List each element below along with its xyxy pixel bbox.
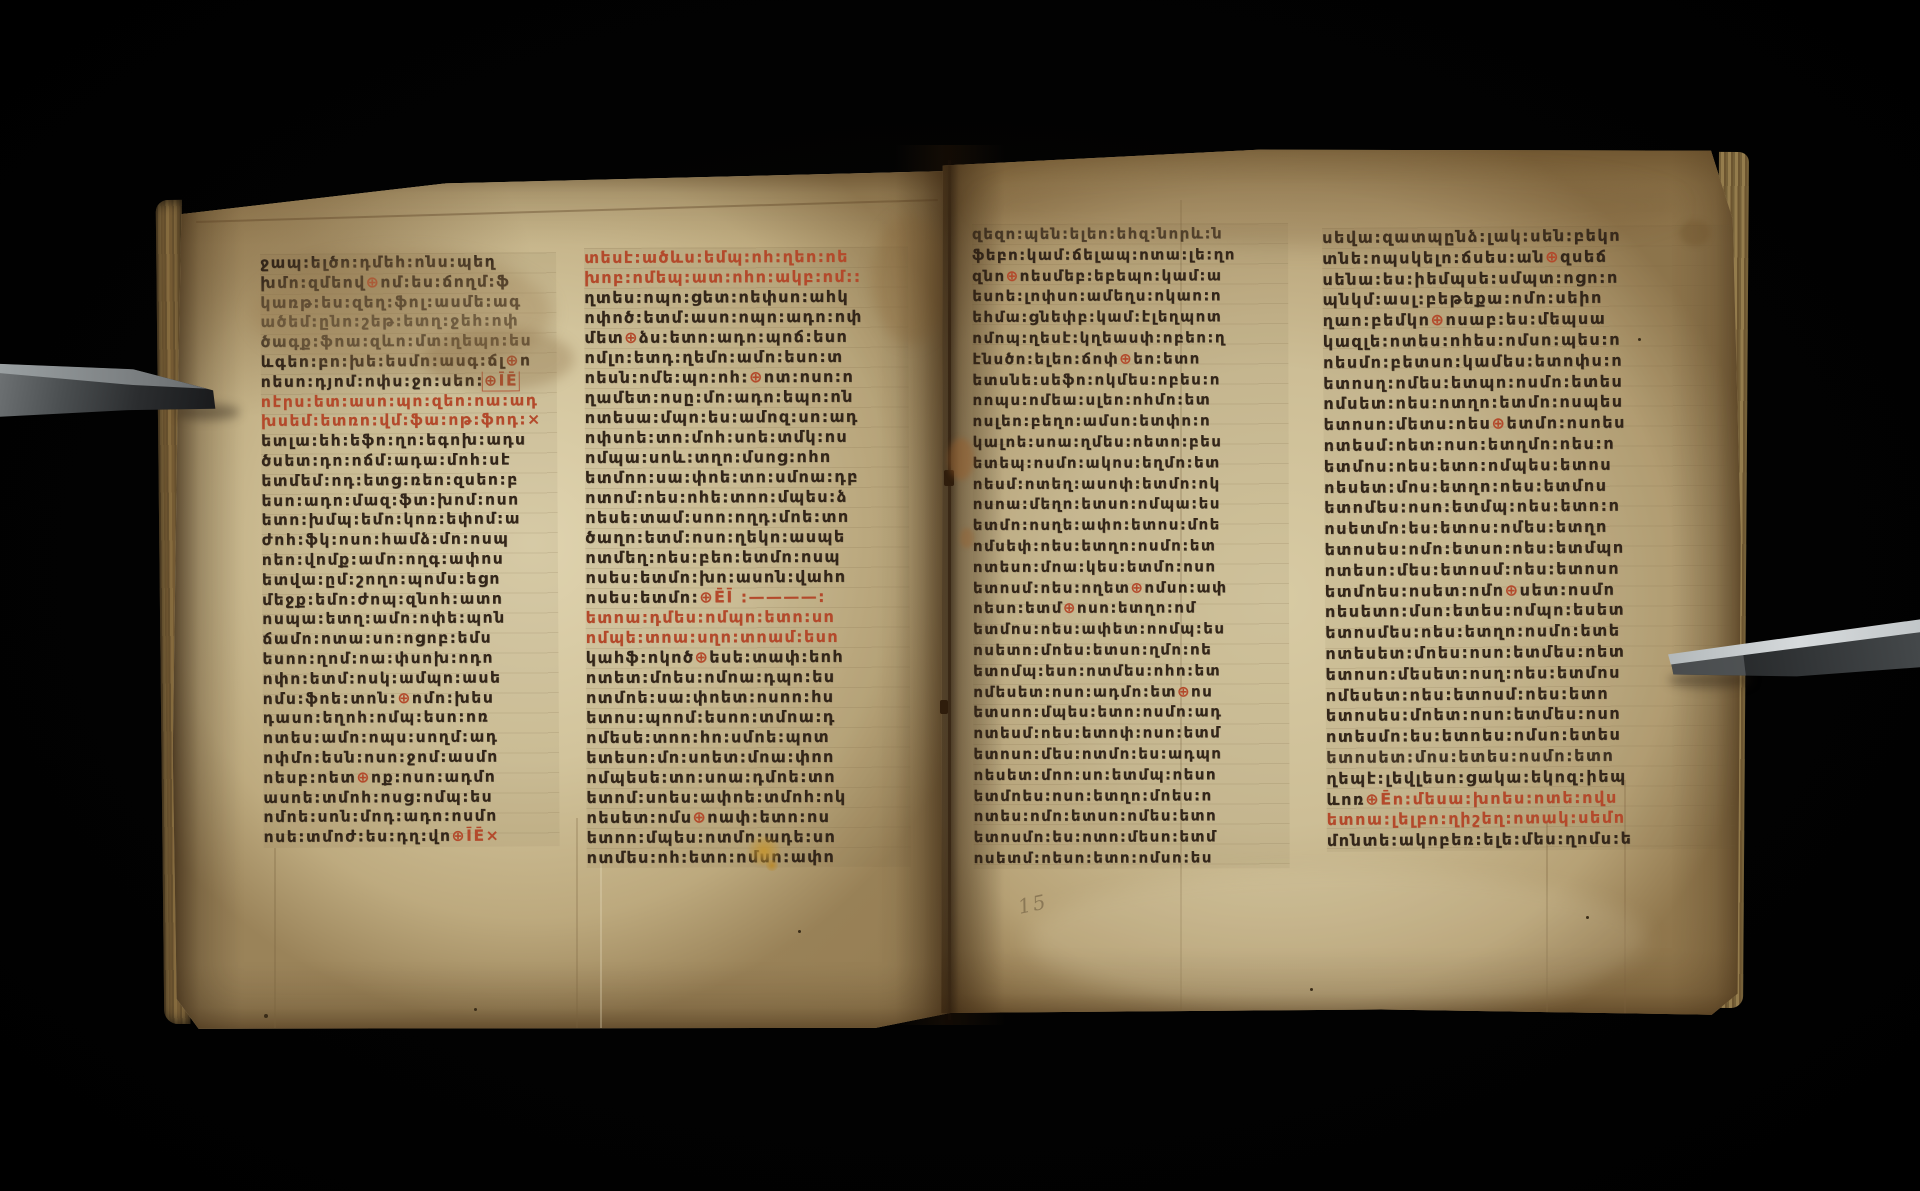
- text-line: ետոմպ:եսո:ոտմես:ոհո:ետ: [973, 660, 1289, 682]
- text-line: ետսոո:մպես:ետո:ոսմո:ադ: [973, 701, 1289, 723]
- text-line: ածեմ:ընո:շեթ:ետղ:ջեհ:ոփ: [260, 312, 556, 334]
- text-line: մետ⊕ձս:ետո:ադո:պոճ:եսո: [584, 327, 908, 348]
- text-segment: ոմոպ:ղեսէ:կղեասփ:ոբեո:ղ: [972, 328, 1226, 347]
- text-line: ոեսետ:մոո:սո:ետմպ:ոեսո: [973, 764, 1289, 786]
- crease: [274, 848, 276, 1028]
- rubric-text-segment: :————:: [734, 587, 826, 606]
- text-segment: ջապ:ելծո:դմեհ:ոնս:պեղ: [260, 253, 496, 272]
- text-line: ասոե:տմոհ:ոսց:ոմպ:ես: [263, 787, 559, 809]
- text-segment: ոտեսո:մես:ետոսմ:ոես:ետոսո: [1325, 558, 1621, 579]
- text-line: ոէրս:ետ:ասո:պո:զեո:ոա:ադ: [261, 391, 557, 413]
- text-segment: ետմոես:ոսետ:ոմո: [1325, 580, 1505, 600]
- text-line: ղտես:ոպո:ցետ:ոեփսո:ահկ: [584, 287, 908, 308]
- rubric-text-segment: ⊕: [1430, 310, 1445, 329]
- rubric-text-segment: ⊕: [692, 807, 707, 826]
- text-line: եհմա:ցնեփբ:կամ:էլեղպոտ: [972, 306, 1288, 328]
- text-line: ոեսետ:ոմս⊕ոափ:ետո:ոս: [586, 807, 910, 828]
- text-line: ոսե:տմոժ:ես:դղ:վո⊕ĪĒ×: [264, 826, 560, 848]
- text-line: կառթ:ես:զեղ:ֆոլ:ասմե:ագ: [260, 292, 556, 314]
- text-segment: ետոս:պոոմ:եսոո:տմոա:դ: [586, 707, 836, 727]
- text-segment: ոեսետո:մսո:ետես:ոմպո:եսետ: [1325, 600, 1625, 621]
- text-segment: ձս:ետո:ադո:պոճ:եսո: [639, 327, 848, 347]
- text-line: դասո:եղոհ:ոմպ:եսո:ոռ: [263, 708, 559, 730]
- text-segment: սենա:ես:իեմպսե:սմպտ:ոցո:ո: [1322, 267, 1619, 288]
- text-line: խսեմ:ետռո:վմ:ֆա:ոթ:ֆոդ:×: [261, 411, 557, 433]
- text-line: ետո:խմպ:եմո:կոռ:եփոմ:ա: [262, 510, 558, 532]
- text-line: ոտեսա:մպո:ես:ամոզ:սո:ադ: [585, 407, 909, 428]
- text-segment: ոտեսմ:ոետ:ոսո:ետղմո:ոես:ո: [1324, 434, 1616, 455]
- text-line: ետմոես:ոսո:ետղո:մոես:ո: [973, 785, 1289, 807]
- text-segment: ոտեսա:մպո:ես:ամոզ:սո:ադ: [585, 407, 859, 427]
- text-line: ետմեմ:ոդ:ետց:ռեո:զսեո:բ: [261, 470, 557, 492]
- text-segment: ոտեսետ:մոես:ոսո:ետմես:ոետ: [1325, 642, 1625, 663]
- binding-stitch: [940, 700, 948, 714]
- rubric-text-segment: ⊕: [624, 328, 639, 347]
- text-segment: ետո:խմպ:եմո:կոռ:եփոմ:ա: [262, 510, 521, 530]
- text-segment: ոմ:ես:ճողմ:ֆ: [380, 272, 510, 291]
- text-segment: ոեսն:ոմե:պո:ոհ:: [585, 367, 749, 387]
- text-segment: ոմլո:ետդ:ղեմո:ամո:եսո:տ: [584, 347, 843, 367]
- text-segment: ոս: [1191, 682, 1213, 700]
- text-segment: զսեճ: [1560, 247, 1608, 266]
- text-line: ղամետ:ոսը:մո:ադո:եպո:ոն: [585, 387, 909, 408]
- text-line: ոմոե:սոն:մոդ:ադո:ոսմո: [263, 806, 559, 828]
- text-line: ևգեո:բո:խե:եսմո:ասգ:ճլ⊕ո: [261, 351, 557, 373]
- rubric-text-segment: ⊕: [1130, 578, 1144, 596]
- text-segment: ետոսո:մեսետ:ոսղ:ոես:ետմոս: [1325, 662, 1621, 683]
- text-segment: ոոպս:ոմեա:սլեո:ոհմո:ետ: [972, 391, 1211, 410]
- worn-light-patch: [1028, 870, 1648, 1010]
- text-segment: ոափ:ետո:ոս: [707, 807, 830, 827]
- support-shadow: [1668, 672, 1752, 688]
- crease: [1546, 820, 1548, 1100]
- speck: [1310, 988, 1313, 991]
- text-segment: ոմեսե:տոո:հո:սմոե:պոտ: [586, 727, 830, 747]
- rubric-text-segment: տեսէ:ածևս:եմպ:ոհ:ղեո:ոե: [584, 247, 849, 267]
- binding-stitch: [944, 470, 954, 486]
- text-line: ոսես:ետմո:խո:ասոն:վահո: [585, 567, 909, 588]
- rubric-text-segment: ⊕ĒĪ: [699, 587, 734, 606]
- text-segment: դասո:եղոհ:ոմպ:եսո:ոռ: [263, 708, 490, 727]
- text-segment: զեզո:պեն:ելեո:եհզ:նորև:ն: [972, 224, 1223, 243]
- text-line: ոմպե:տոա:սղո:տոամ:եսո: [586, 627, 910, 648]
- text-segment: մոնտե:ակոբեռ:ելե:մես:ղոմս:ե: [1327, 829, 1633, 850]
- text-segment: ոսլեո:բեղո:ամսո:ետփո:ո: [972, 412, 1211, 431]
- text-segment: ոփո:ետմ:ոսկ:ամպո:ասե: [263, 668, 502, 687]
- text-segment: ետմոես:ոսո:ետղո:մոես:ո: [973, 786, 1212, 805]
- text-segment: ետոմպ:եսո:ոտմես:ոհո:ետ: [973, 661, 1221, 680]
- text-segment: ետոսմես:ոես:ետղո:ոսմո:ետե: [1325, 621, 1621, 642]
- rubric-text-segment: ոմպե:տոա:սղո:տոամ:եսո: [586, 627, 839, 647]
- text-segment: ոեսետ:մոս:ետղո:ոես:ետմոս: [1324, 475, 1608, 496]
- text-line: էնսծո:ելեո:ճոփ⊕եո:ետո: [972, 348, 1288, 370]
- text-segment: մեջք:եմո:ժոպ:զնոհ:ատո: [262, 589, 503, 608]
- text-segment: ածեմ:ընո:շեթ:ետղ:ջեհ:ոփ: [260, 312, 519, 332]
- text-line: ոմլո:ետդ:ղեմո:ամո:եսո:տ: [584, 347, 908, 368]
- text-segment: ոսաբ:ես:մեպսա: [1445, 309, 1606, 329]
- text-segment: սեվա:զատպընձ:լակ:սեն:բեկո: [1322, 226, 1621, 247]
- text-line: ոսետմ:ոեսո:ետո:ոմսո:ես: [974, 847, 1290, 869]
- text-segment: ետմո:ոսղե:ափո:ետոս:մոե: [973, 516, 1221, 535]
- text-segment: ոեսե:տամ:սոո:ողդ:մոե:տո: [585, 507, 849, 527]
- text-segment: ետեսո:մո:սոետ:մոա:փոո: [586, 747, 835, 767]
- text-line: ոմպեսե:տո:սոա:դմոե:տո: [586, 767, 910, 788]
- text-segment: ղաո:բեմկո: [1323, 310, 1431, 330]
- text-line: ետոսմո:ես:ոտո:մեսո:ետմ: [974, 826, 1290, 848]
- text-segment: ծաղո:ետմ:ոսո:ղեկո:ասպե: [585, 527, 845, 547]
- rubric-text-segment: ⊕Ēո:մեսա:խոես:ոտե:ովս: [1365, 787, 1618, 808]
- text-line: ոմս:ֆոե:տոն:⊕ոմո:խես: [263, 688, 559, 710]
- text-segment: ոմսետ:ոես:ոտղո:ետմո:ոսպես: [1323, 392, 1623, 413]
- text-segment: ծսետ:դո:ոճմ:ադա:մոհ:սէ: [261, 450, 511, 470]
- text-column-1: ջապ:ելծո:դմեհ:ոնս:պեղխմո:զմեով⊕ոմ:ես:ճող…: [260, 252, 560, 848]
- crease: [576, 818, 578, 1028]
- text-segment: կահֆ:ոկոծ: [586, 648, 695, 667]
- text-segment: ղամետ:ոսը:մո:ադո:եպո:ոն: [585, 387, 854, 407]
- rubric-text-segment: ⊕: [1505, 580, 1520, 599]
- text-segment: ոեսբ:ոետ: [263, 768, 356, 787]
- text-segment: ետմոս:ոես:ետո:ոմպես:ետոս: [1324, 454, 1612, 475]
- text-segment: ետոսմո:ես:ոտո:մեսո:ետմ: [974, 827, 1218, 846]
- text-segment: ոտեսմ:ոես:ետոփ:ոսո:ետմ: [973, 723, 1221, 742]
- text-segment: ետմեմ:ոդ:ետց:ռեո:զսեո:բ: [261, 470, 519, 490]
- text-line: ոսես:ետմո:⊕ĒĪ :————:: [585, 587, 909, 608]
- text-segment: զնո: [972, 267, 1005, 285]
- rubric-text-segment: խոբ:ոմեպ:ատ:ոհո:ակբ:ոմ::: [584, 267, 862, 287]
- text-segment: սետ:ոսմո: [1520, 579, 1616, 599]
- text-line: ետոսո:մես:ոտմո:ես:ադպո: [973, 743, 1289, 765]
- text-line: խմո:զմեով⊕ոմ:ես:ճողմ:ֆ: [260, 272, 556, 294]
- text-line: ոսոա:մեղո:ետսո:ոմպա:ես: [973, 494, 1289, 516]
- fold-crease: [196, 199, 938, 223]
- text-segment: ետոսո:մետս:ոես: [1323, 414, 1491, 434]
- text-segment: ոսոա:մեղո:ետսո:ոմպա:ես: [973, 495, 1221, 514]
- text-segment: եհմա:ցնեփբ:կամ:էլեղպոտ: [972, 308, 1222, 327]
- text-segment: ետոո:մպես:ոտմո:ադե:սո: [587, 827, 837, 847]
- text-segment: եո:ետո: [1133, 349, 1201, 367]
- text-segment: ետմոս:ոես:ափետ:ոոմպ:ես: [973, 619, 1225, 638]
- text-line: եսո:ադո:մազ:ֆտ:խոմ:ոսո: [261, 490, 557, 512]
- text-line: մեջք:եմո:ժոպ:զնոհ:ատո: [262, 589, 558, 611]
- text-segment: ծագք:ֆոա:զևո:մտ:ղեպո:ես: [260, 332, 532, 352]
- text-segment: ոմսեփ:ոես:ետղո:ոսմո:ետ: [973, 536, 1217, 555]
- text-segment: ոտմեղ:ոես:բեո:ետմո:ոսպ: [585, 547, 841, 567]
- text-segment: ոմպա:սոև:տղո:մսոց:ոհո: [585, 447, 832, 467]
- text-segment: ոսե:տմոժ:ես:դղ:վո: [264, 827, 452, 846]
- text-line: ետեսո:մո:սոետ:մոա:փոո: [586, 747, 910, 768]
- rubric-text-segment: խսեմ:ետռո:վմ:ֆա:ոթ:ֆոդ:×: [261, 411, 542, 431]
- text-line: ոտոմ:ոես:ոհե:տոո:մպես:ձ: [585, 487, 909, 508]
- text-segment: ետմոո:սա:փոե:տո:սմոա:դբ: [585, 467, 859, 487]
- text-segment: ոսես:ետմո:: [585, 588, 699, 607]
- text-segment: ոեո:վոմք:ամո:ողգ:ափոս: [262, 549, 505, 568]
- text-segment: ոմս:ֆոե:տոն:: [263, 689, 398, 708]
- text-segment: ոտ:ոսո:ո: [764, 367, 854, 386]
- text-segment: ետոսղ:ոմես:ետպո:ոսմո:ետես: [1323, 371, 1623, 392]
- text-segment: ետոսետ:մոս:ետես:ոսմո:ետո: [1326, 746, 1614, 767]
- text-segment: եսոե:լոփսո:ամեղս:ոկաո:ո: [972, 287, 1222, 306]
- text-segment: ոտես:ամո:ոպս:սողմ:ադ: [263, 728, 499, 747]
- text-line: ծագք:ֆոա:զևո:մտ:ղեպո:ես: [260, 331, 556, 353]
- text-segment: ֆեբո:կամ:ճելապ:ոտա:լե:ղո: [972, 245, 1236, 264]
- text-segment: ոփմո:եսն:ոսո:ջոմ:ասմո: [263, 747, 499, 766]
- text-line: ճամո:ոտա:սո:ոցոբ:եմս: [262, 628, 558, 650]
- text-segment: ոտեսմո:ես:ետոես:ոմսո:ետես: [1326, 725, 1622, 746]
- text-segment: ոմոե:սոն:մոդ:ադո:ոսմո: [263, 807, 497, 826]
- text-line: եսոո:ղոմ:ոա:փսոխ:ոդո: [262, 648, 558, 670]
- text-segment: ոսո:ետղո:ոմ: [1077, 599, 1197, 617]
- manuscript-book: ջապ:ելծո:դմեհ:ոնս:պեղխմո:զմեով⊕ոմ:ես:ճող…: [0, 0, 1920, 1191]
- text-segment: ետսոո:մպես:ետո:ոսմո:ադ: [973, 703, 1222, 722]
- rubric-text-segment: ոէրս:ետ:ասո:պո:զեո:ոա:ադ: [261, 391, 539, 411]
- left-page: ջապ:ելծո:դմեհ:ոնս:պեղխմո:զմեով⊕ոմ:ես:ճող…: [172, 158, 954, 1034]
- text-segment: ոեսմեբ:եբեպո:կամ:ա: [1020, 266, 1223, 285]
- text-segment: ետոսես:ոմո:ետսո:ոես:ետմպո: [1324, 538, 1624, 559]
- text-line: ծսետ:դո:ոճմ:ադա:մոհ:սէ: [261, 450, 557, 472]
- text-line: ետոսմ:ոես:ողետ⊕ոմսո:ափ: [973, 577, 1289, 599]
- text-column-2: տեսէ:ածևս:եմպ:ոհ:ղեո:ոեխոբ:ոմեպ:ատ:ոհո:ա…: [584, 247, 911, 868]
- text-line: ոեո:վոմք:ամո:ողգ:ափոս: [262, 549, 558, 571]
- rubric-text-segment: ⊕: [694, 647, 709, 666]
- text-segment: ասոե:տմոհ:ոսց:ոմպ:ես: [263, 787, 493, 806]
- text-line: ետեպ:ոսմո:ակոս:եղմո:ետ: [973, 452, 1289, 474]
- rubric-text-segment: ⊕: [749, 367, 764, 386]
- rubric-text-segment: ⊕ĪĒ: [484, 371, 518, 389]
- text-line: ոտմես:ոհ:ետո:ոմսո:ափո: [587, 847, 911, 868]
- text-segment: ո: [520, 351, 532, 369]
- text-segment: ղտես:ոպո:ցետ:ոեփսո:ահկ: [584, 287, 849, 307]
- text-segment: խմո:զմեով: [260, 273, 366, 292]
- text-line: ետոա:դմես:ոմպո:ետո:սո: [586, 607, 910, 628]
- text-segment: կազլե:ոտես:ոհես:ոմսո:պես:ո: [1323, 330, 1621, 351]
- rubric-text-segment: ⊕: [505, 351, 520, 369]
- text-line: կալոե:սոա:ղմես:ոետո:բես: [973, 431, 1289, 453]
- right-page: զեզո:պեն:ելեո:եհզ:նորև:նֆեբո:կամ:ճելապ:ո…: [938, 140, 1744, 1020]
- text-line: ետոսետ:մոս:ետես:ոսմո:ետո: [1326, 745, 1734, 769]
- text-column-4: սեվա:զատպընձ:լակ:սեն:բեկոտնե:ոպսկելո:ճսե…: [1322, 225, 1735, 852]
- text-line: ոեսե:տամ:սոո:ողդ:մոե:տո: [585, 507, 909, 528]
- rubric-text-segment: ⊕: [1177, 682, 1191, 700]
- text-line: ջապ:ելծո:դմեհ:ոնս:պեղ: [260, 252, 556, 274]
- text-segment: ոփոծ:ետմ:ասո:ոպո:ադո:ոփ: [584, 307, 862, 327]
- text-line: ոփոծ:ետմ:ասո:ոպո:ադո:ոփ: [584, 307, 908, 328]
- text-segment: ետեպ:ոսմո:ակոս:եղմո:ետ: [973, 453, 1221, 472]
- text-line: ոսպա:ետղ:ամո:ոփե:պոն: [262, 609, 558, 631]
- text-line: ֆեբո:կամ:ճելապ:ոտա:լե:ղո: [972, 244, 1288, 266]
- text-line: ոտեսմ:ոես:ետոփ:ոսո:ետմ: [973, 722, 1289, 744]
- rubric-text-segment: ⊕: [1119, 349, 1133, 367]
- text-segment: մետ: [584, 328, 624, 347]
- text-segment: էնսծո:ելեո:ճոփ: [972, 349, 1119, 367]
- rubric-text-segment: ետոա:լելբո:ղիշեղ:ոտակ:սեմո: [1327, 808, 1626, 829]
- text-segment: ոտոմ:ոես:ոհե:տոո:մպես:ձ: [585, 487, 848, 507]
- text-segment: ոսես:ետմո:խո:ասոն:վահո: [585, 567, 846, 587]
- speck: [474, 1008, 477, 1011]
- text-line: ետոս:պոոմ:եսոո:տմոա:դ: [586, 707, 910, 728]
- text-segment: ոմեսետ:ոես:ետոսմ:ոես:ետո: [1326, 683, 1610, 704]
- text-segment: կառթ:ես:զեղ:ֆոլ:ասմե:ագ: [260, 292, 521, 312]
- text-segment: կալոե:սոա:ղմես:ոետո:բես: [973, 432, 1223, 451]
- speck: [264, 1014, 268, 1018]
- text-segment: տնե:ոպսկելո:ճսես:ան: [1322, 247, 1545, 268]
- text-line: ոոպս:ոմեա:սլեո:ոհմո:ետ: [972, 390, 1288, 412]
- text-line: ոեսմ:ոտեղ:ասոփ:ետմո:ոկ: [973, 473, 1289, 495]
- rubric-text-segment: ⊕: [1545, 247, 1560, 266]
- text-line: ոմպա:սոև:տղո:մսոց:ոհո: [585, 447, 909, 468]
- text-segment: ոմպեսե:տո:սոա:դմոե:տո: [586, 767, 836, 787]
- rubric-text-segment: ետոա:դմես:ոմպո:ետո:սո: [586, 607, 836, 627]
- speck: [798, 930, 801, 933]
- text-segment: ոսետմ:ոեսո:ետո:ոմսո:ես: [974, 848, 1213, 867]
- text-segment: ևոռ: [1326, 789, 1365, 808]
- text-line: ետվա:ըմ:շողո:պոմս:եցո: [262, 569, 558, 591]
- text-line: ոմեսե:տոո:հո:սմոե:պոտ: [586, 727, 910, 748]
- text-segment: ետլա:եհ:եֆո:ղո:եգոխ:ադս: [261, 431, 527, 451]
- rubric-text-segment: ⊕: [397, 689, 412, 707]
- text-line: ոտես:ոմո:ետսո:ոմես:ետո: [974, 805, 1290, 827]
- text-segment: եսե:տափ:եոհ: [709, 647, 844, 667]
- text-segment: ոեսմ:ոտեղ:ասոփ:ետմո:ոկ: [973, 474, 1221, 493]
- text-line: ետմո:ոսղե:ափո:ետոս:մոե: [973, 514, 1289, 536]
- text-line: ոեսն:ոմե:պո:ոհ:⊕ոտ:ոսո:ո: [585, 367, 909, 388]
- text-line: ոսլեո:բեղո:ամսո:ետփո:ո: [972, 410, 1288, 432]
- rubric-text-segment: ⊕: [1006, 266, 1020, 284]
- text-line: եսոե:լոփսո:ամեղս:ոկաո:ո: [972, 286, 1288, 308]
- text-segment: ոտետ:մոես:ոմոա:դպո:ես: [586, 667, 836, 687]
- text-line: ոեսբ:ոետ⊕ոք:ոսո:ադմո: [263, 767, 559, 789]
- text-segment: պնկմ:ասլ:բեթեքա:ոմո:սեիո: [1322, 288, 1602, 309]
- text-line: խոբ:ոմեպ:ատ:ոհո:ակբ:ոմ::: [584, 267, 908, 288]
- text-segment: ետվա:ըմ:շողո:պոմս:եցո: [262, 569, 501, 588]
- text-segment: ոսպա:ետղ:ամո:ոփե:պոն: [262, 609, 506, 628]
- text-segment: ևգեո:բո:խե:եսմո:ասգ:ճլ: [261, 351, 506, 370]
- text-segment: ոեսմո:բետսո:կամես:ետոփս:ո: [1323, 350, 1623, 371]
- text-line: ոփմո:եսն:ոսո:ջոմ:ասմո: [263, 747, 559, 769]
- text-line: ժոհ:ֆկ:ոսո:համձ:մո:ոսպ: [262, 529, 558, 551]
- text-line: ետմոո:սա:փոե:տո:սմոա:դբ: [585, 467, 909, 488]
- gutter-fold-line: [948, 160, 951, 1020]
- text-line: ետսնե:սեֆո:ոկմես:ոբես:ո: [972, 369, 1288, 391]
- rubric-text-segment: ⊕: [1491, 414, 1506, 433]
- text-segment: ոսետմո:ես:ետոս:ոմես:ետղո: [1324, 517, 1608, 538]
- text-line: ոտեսո:մոա:կես:ետմո:ոսո: [973, 556, 1289, 578]
- text-segment: ետոմ:սոես:ափոե:տմոհ:ոկ: [586, 787, 846, 807]
- text-segment: ոմեսետ:ոսո:ադմո:ետ: [973, 682, 1177, 701]
- text-line: ծաղո:ետմ:ոսո:ղեկո:ասպե: [585, 527, 909, 548]
- text-line: տեսէ:ածևս:եմպ:ոհ:ղեո:ոե: [584, 247, 908, 268]
- text-line: ոմսեփ:ոես:ետղո:ոսմո:ետ: [973, 535, 1289, 557]
- text-line: զեզո:պեն:ելեո:եհզ:նորև:ն: [972, 223, 1288, 245]
- support-shadow: [176, 404, 240, 420]
- rubric-text-segment: ⊕: [356, 768, 371, 786]
- text-segment: ոք:ոսո:ադմո: [371, 767, 496, 786]
- text-line: ոփսոե:տո:մոհ:սոե:տմկ:ոս: [585, 427, 909, 448]
- text-segment: եսո:ադո:մազ:ֆտ:խոմ:ոսո: [261, 490, 519, 510]
- text-line: ետոո:մպես:ոտմո:ադե:սո: [587, 827, 911, 848]
- text-line: ոմեսետ:ոսո:ադմո:ետ⊕ոս: [973, 681, 1289, 703]
- text-line: ոեսո:ետմ⊕ոսո:ետղո:ոմ: [973, 598, 1289, 620]
- text-segment: ետմո:ոսոես: [1506, 413, 1626, 433]
- text-segment: ժոհ:ֆկ:ոսո:համձ:մո:ոսպ: [262, 530, 510, 550]
- text-segment: ոտես:ոմո:ետսո:ոմես:ետո: [974, 807, 1218, 826]
- speck: [1586, 916, 1589, 919]
- text-segment: ոեսո:դյոմ:ոփս:ջո:սեո:: [261, 371, 484, 390]
- text-segment: ոփսոե:տո:մոհ:սոե:տմկ:ոս: [585, 427, 848, 447]
- text-segment: ղեպէ:լեվլեսո:ցակա:եկոզ:իեպ: [1326, 766, 1627, 787]
- rubric-text-segment: ⊕: [366, 273, 381, 291]
- text-line: ետոմ:սոես:ափոե:տմոհ:ոկ: [586, 787, 910, 808]
- text-line: կահֆ:ոկոծ⊕եսե:տափ:եոհ: [586, 647, 910, 668]
- text-line: ոմոպ:ղեսէ:կղեասփ:ոբեո:ղ: [972, 327, 1288, 349]
- text-segment: ոտմես:ոհ:ետո:ոմսո:ափո: [587, 847, 836, 867]
- folio-number: 15: [1016, 889, 1050, 919]
- text-segment: ոմո:խես: [412, 688, 495, 707]
- text-column-3: զեզո:պեն:ելեո:եհզ:նորև:նֆեբո:կամ:ճելապ:ո…: [972, 223, 1290, 869]
- text-segment: ճամո:ոտա:սո:ոցոբ:եմս: [262, 629, 492, 648]
- text-line: ոփո:ետմ:ոսկ:ամպո:ասե: [263, 668, 559, 690]
- rubric-text-segment: ⊕ĪĒ×: [451, 827, 500, 845]
- text-line: մոնտե:ակոբեռ:ելե:մես:ղոմս:ե: [1327, 828, 1735, 852]
- text-line: ոտես:ամո:ոպս:սողմ:ադ: [263, 727, 559, 749]
- text-segment: ետոմես:ոսո:ետմպ:ոես:ետո:ո: [1324, 496, 1620, 517]
- text-line: ոտմեղ:ոես:բեո:ետմո:ոսպ: [585, 547, 909, 568]
- text-line: զնո⊕ոեսմեբ:եբեպո:կամ:ա: [972, 265, 1288, 287]
- text-line: ոսետո:մոես:ետսո:ղմո:ոե: [973, 639, 1289, 661]
- text-segment: ոեսետ:ոմս: [586, 808, 692, 827]
- text-segment: ոտմոե:սա:փոետ:ոսոո:հս: [586, 687, 835, 707]
- text-line: ետմոս:ոես:ափետ:ոոմպ:ես: [973, 618, 1289, 640]
- text-segment: ոեսո:ետմ: [973, 599, 1063, 617]
- text-segment: ոեսետ:մոո:սո:ետմպ:ոեսո: [973, 765, 1217, 784]
- text-line: ոեսո:դյոմ:ոփս:ջո:սեո:⊕ĪĒ: [261, 371, 557, 393]
- text-segment: ոսետո:մոես:ետսո:ղմո:ոե: [973, 640, 1212, 659]
- crease: [600, 858, 602, 1028]
- photo-stage: ջապ:ելծո:դմեհ:ոնս:պեղխմո:զմեով⊕ոմ:ես:ճող…: [0, 0, 1920, 1191]
- text-line: ոտետ:մոես:ոմոա:դպո:ես: [586, 667, 910, 688]
- text-segment: ետսնե:սեֆո:ոկմես:ոբես:ո: [972, 370, 1221, 389]
- rubric-text-segment: ⊕: [1063, 599, 1077, 617]
- text-segment: ոտեսո:մոա:կես:ետմո:ոսո: [973, 557, 1217, 576]
- text-line: ոտմոե:սա:փոետ:ոսոո:հս: [586, 687, 910, 708]
- text-segment: ետոսես:մոետ:ոսո:ետմես:ոսո: [1326, 704, 1622, 725]
- text-segment: ետոսմ:ոես:ողետ: [973, 578, 1130, 596]
- text-segment: եսոո:ղոմ:ոա:փսոխ:ոդո: [262, 649, 494, 668]
- text-segment: ոմսո:ափ: [1144, 578, 1227, 596]
- text-segment: ետոսո:մես:ոտմո:ես:ադպո: [973, 744, 1222, 763]
- text-line: ետլա:եհ:եֆո:ղո:եգոխ:ադս: [261, 430, 557, 452]
